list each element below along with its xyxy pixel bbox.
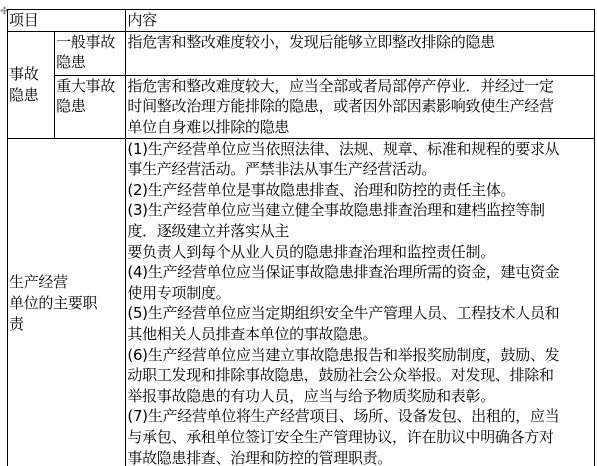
table-row-responsibilities: 生产经营 单位的主要职 责 (1)生产经营单位应当依照法律、法规、规章、标准和规…: [8, 138, 595, 466]
major-hazard-label-cell: 重大事故 隐患: [55, 75, 126, 138]
label-line: 单位的主要职: [9, 293, 125, 314]
content-line: (2)生产经营单位是事故隐患排查、治理和防控的责任主体。: [127, 180, 594, 201]
header-item-cell: 项目: [8, 10, 126, 32]
content-line: (6)生产经营单位应当建立事故隐患报告和举报奖励制度，鼓励、发: [127, 345, 594, 366]
responsibilities-label-cell: 生产经营 单位的主要职 责: [8, 138, 126, 466]
content-line: 举报事故隐患的有功人员，应当与给予物质奖励和表彰。: [127, 386, 594, 407]
label-line: 隐患: [56, 96, 125, 117]
table-row-general-hazard: 事故 隐患 一般事故 隐患 指危害和整改难度较小，发现后能够立即整改排除的隐患: [8, 31, 595, 75]
hazard-group-line: 事故: [9, 64, 54, 85]
label-line: 一般事故: [56, 32, 125, 53]
header-content-cell: 内容: [126, 10, 595, 32]
content-line: 事生产经营活动。严禁非法从事生产经营活动。: [127, 159, 594, 180]
label-line: 责: [9, 314, 125, 335]
content-line: 指危害和整改难度较小，发现后能够立即整改排除的隐患: [127, 32, 594, 53]
content-line: 度．逐级建立并落实从主: [127, 221, 594, 242]
responsibilities-content-cell: (1)生产经营单位应当依照法律、法规、规章、标准和规程的要求从 事生产经营活动。…: [126, 138, 595, 466]
content-line: 指危害和整改难度较大，应当全部或者局部停产停业．并经过一定: [127, 76, 594, 97]
label-line: 生产经营: [9, 272, 125, 293]
content-line: 单位自身难以排除的隐患: [127, 117, 594, 138]
content-line: 事故隐患排查、治理和防控的管理职责。: [127, 448, 594, 466]
content-line: 动职工发现和排除事故隐患，鼓励社会公众举报。对发现、排除和: [127, 365, 594, 386]
content-line: (7)生产经营单位将生产经营项目、场所、设备发包、出租的，应当: [127, 406, 594, 427]
table-row-major-hazard: 重大事故 隐患 指危害和整改难度较大，应当全部或者局部停产停业．并经过一定 时间…: [8, 75, 595, 138]
hazard-group-cell: 事故 隐患: [8, 31, 55, 138]
content-line: (5)生产经营单位应当定期组织安全牛产管理人员、工程技术人员和: [127, 303, 594, 324]
content-line: 使用专项制度。: [127, 283, 594, 304]
content-line: 与承包、承租单位签订安全生产管理协议，许在肋议中明确各方对: [127, 427, 594, 448]
general-hazard-content-cell: 指危害和整改难度较小，发现后能够立即整改排除的隐患: [126, 31, 595, 75]
content-line: (1)生产经营单位应当依照法律、法规、规章、标准和规程的要求从: [127, 139, 594, 160]
table-move-handle-icon[interactable]: [0, 0, 9, 9]
label-line: 隐患: [56, 52, 125, 73]
content-line: (3)生产经营单位应当建立健全事故隐患排查治理和建档监控等制: [127, 200, 594, 221]
major-hazard-content-cell: 指危害和整改难度较大，应当全部或者局部停产停业．并经过一定 时间整改治理方能排除…: [126, 75, 595, 138]
table-header-row: 项目 内容: [8, 10, 595, 32]
label-line: 重大事故: [56, 76, 125, 97]
hazard-group-line: 隐患: [9, 85, 54, 106]
content-line: 其他相关人员排查本单位的事故隐患。: [127, 324, 594, 345]
content-line: 要负责人到每个从业人员的隐患排查治理和监控责任制。: [127, 242, 594, 263]
content-line: (4)生产经营单位应当保证事故隐患排查治理所需的资金，建屯资金: [127, 262, 594, 283]
general-hazard-label-cell: 一般事故 隐患: [55, 31, 126, 75]
content-line: 时间整改治理方能排除的隐患，或者因外部因素影响致使生产经营: [127, 96, 594, 117]
hazard-table: 项目 内容 事故 隐患 一般事故 隐患 指危害和整改难度较小，发现后能够立即整改…: [7, 9, 595, 466]
